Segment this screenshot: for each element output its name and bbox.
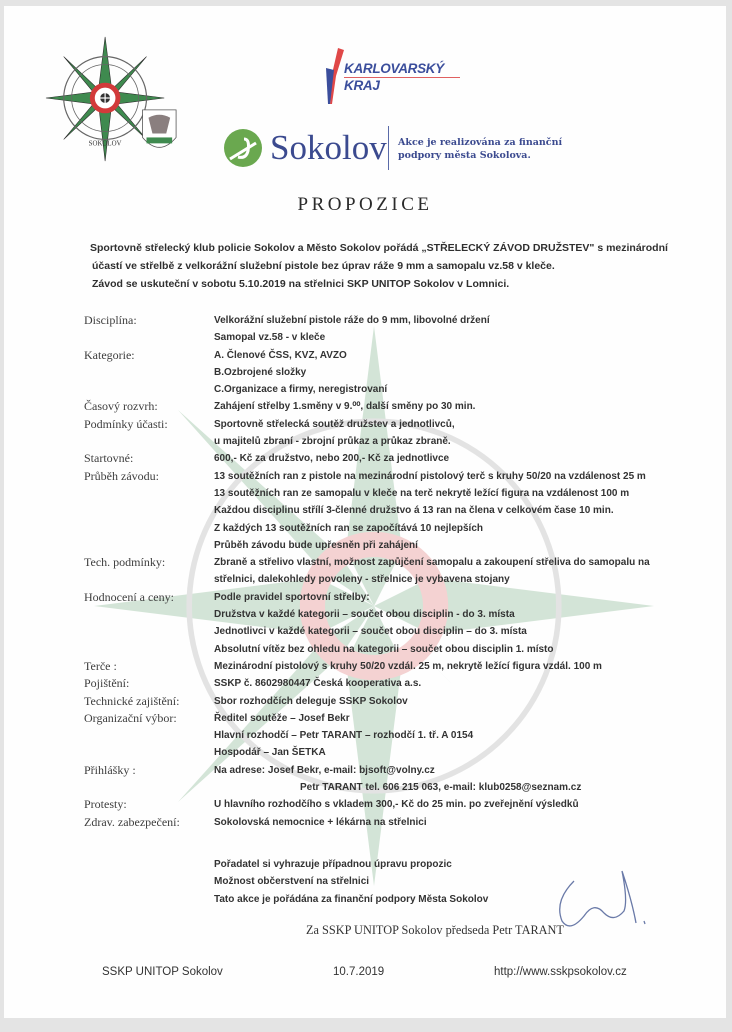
section-row: Startovné:600,- Kč za družstvo, nebo 200… bbox=[84, 450, 704, 467]
section-row: Časový rozvrh:Zahájení střelby 1.směny v… bbox=[84, 398, 704, 415]
region-logo-line1: KARLOVARSKÝ bbox=[344, 60, 444, 77]
section-values: 600,- Kč za družstvo, nebo 200,- Kč za j… bbox=[214, 450, 704, 467]
region-logo-line2: KRAJ bbox=[344, 77, 444, 94]
section-row: Terče :Mezinárodní pistolový s kruhy 50/… bbox=[84, 658, 704, 675]
section-value: Zahájení střelby 1.směny v 9.⁰⁰, další s… bbox=[214, 398, 704, 415]
footer-date: 10.7.2019 bbox=[333, 966, 384, 978]
section-value: Hlavní rozhodčí – Petr TARANT – rozhodčí… bbox=[214, 727, 704, 744]
propositions-list: Disciplína:Velkorážní služební pistole r… bbox=[84, 312, 704, 831]
section-label: Organizační výbor: bbox=[84, 710, 214, 762]
section-value: Samopal vz.58 - v kleče bbox=[214, 329, 704, 346]
section-label: Disciplína: bbox=[84, 312, 214, 347]
section-values: Velkorážní služební pistole ráže do 9 mm… bbox=[214, 312, 704, 347]
section-value: Mezinárodní pistolový s kruhy 50/20 vzdá… bbox=[214, 658, 704, 675]
section-label: Tech. podmínky: bbox=[84, 554, 214, 589]
section-label: Terče : bbox=[84, 658, 214, 675]
section-label: Startovné: bbox=[84, 450, 214, 467]
section-row: Podmínky účasti:Sportovně střelecká sout… bbox=[84, 416, 704, 451]
signature-line: Za SSKP UNITOP Sokolov předseda Petr TAR… bbox=[306, 923, 564, 938]
section-values: Sbor rozhodčích deleguje SSKP Sokolov bbox=[214, 693, 704, 710]
section-label: Hodnocení a ceny: bbox=[84, 589, 214, 658]
section-value: B.Ozbrojené složky bbox=[214, 364, 704, 381]
section-row: Pojištění:SSKP č. 8602980447 Česká koope… bbox=[84, 675, 704, 692]
section-values: Zbraně a střelivo vlastní, možnost zapůj… bbox=[214, 554, 704, 589]
section-value: Každou disciplinu střílí 3-členné družst… bbox=[214, 502, 704, 519]
intro-line: účastí ve střelbě z velkorážní služební … bbox=[90, 257, 668, 275]
section-value: 600,- Kč za družstvo, nebo 200,- Kč za j… bbox=[214, 450, 704, 467]
section-value: Zbraně a střelivo vlastní, možnost zapůj… bbox=[214, 554, 704, 571]
section-label: Technické zajištění: bbox=[84, 693, 214, 710]
section-values: SSKP č. 8602980447 Česká kooperativa a.s… bbox=[214, 675, 704, 692]
section-value: Jednotlivci v každé kategorii – součet o… bbox=[214, 623, 704, 640]
section-value: Hospodář – Jan ŠETKA bbox=[214, 744, 704, 761]
section-value: Na adrese: Josef Bekr, e-mail: bjsoft@vo… bbox=[214, 762, 704, 779]
closing-notes: Pořadatel si vyhrazuje případnou úpravu … bbox=[214, 856, 488, 908]
section-values: Ředitel soutěže – Josef BekrHlavní rozho… bbox=[214, 710, 704, 762]
section-label: Kategorie: bbox=[84, 347, 214, 399]
city-name: Sokolov bbox=[270, 128, 387, 168]
section-row: Průběh závodu:13 soutěžních ran z pistol… bbox=[84, 468, 704, 554]
section-value: U hlavního rozhodčího s vkladem 300,- Kč… bbox=[214, 796, 704, 813]
city-emblem-icon bbox=[224, 129, 262, 167]
club-logo: SOKOLOV bbox=[44, 34, 182, 164]
intro-paragraph: Sportovně střelecký klub policie Sokolov… bbox=[90, 239, 668, 293]
document-page: SOKOLOV KARLOVARSKÝ KRAJ Sokolov Akce je… bbox=[4, 6, 726, 1018]
section-row: Protesty:U hlavního rozhodčího s vkladem… bbox=[84, 796, 704, 813]
section-value: Sportovně střelecká soutěž družstev a je… bbox=[214, 416, 704, 433]
section-row: Technické zajištění:Sbor rozhodčích dele… bbox=[84, 693, 704, 710]
section-values: Podle pravidel sportovní střelby:Družstv… bbox=[214, 589, 704, 658]
section-value: u majitelů zbraní - zbrojní průkaz a prů… bbox=[214, 433, 704, 450]
section-value: Průběh závodu bude upřesněn při zahájení bbox=[214, 537, 704, 554]
section-row: Tech. podmínky:Zbraně a střelivo vlastní… bbox=[84, 554, 704, 589]
section-values: Sokolovská nemocnice + lékárna na střeln… bbox=[214, 814, 704, 831]
section-value: Petr TARANT tel. 606 215 063, e-mail: kl… bbox=[214, 779, 704, 796]
footer-website-link[interactable]: http://www.sskpsokolov.cz bbox=[494, 966, 627, 978]
section-value: 13 soutěžních ran z pistole na mezinárod… bbox=[214, 468, 704, 485]
section-label: Pojištění: bbox=[84, 675, 214, 692]
logo-divider bbox=[388, 126, 389, 170]
section-values: Sportovně střelecká soutěž družstev a je… bbox=[214, 416, 704, 451]
section-values: 13 soutěžních ran z pistole na mezinárod… bbox=[214, 468, 704, 554]
section-values: Mezinárodní pistolový s kruhy 50/20 vzdá… bbox=[214, 658, 704, 675]
section-values: U hlavního rozhodčího s vkladem 300,- Kč… bbox=[214, 796, 704, 813]
section-row: Zdrav. zabezpečení:Sokolovská nemocnice … bbox=[84, 814, 704, 831]
section-label: Zdrav. zabezpečení: bbox=[84, 814, 214, 831]
section-value: Podle pravidel sportovní střelby: bbox=[214, 589, 704, 606]
note-line: Pořadatel si vyhrazuje případnou úpravu … bbox=[214, 856, 488, 873]
intro-line: Sportovně střelecký klub policie Sokolov… bbox=[90, 239, 668, 257]
city-note-line2: podpory města Sokolova. bbox=[398, 149, 562, 162]
section-row: Kategorie:A. Členové ČSS, KVZ, AVZOB.Ozb… bbox=[84, 347, 704, 399]
section-label: Protesty: bbox=[84, 796, 214, 813]
section-value: Sbor rozhodčích deleguje SSKP Sokolov bbox=[214, 693, 704, 710]
intro-line: Závod se uskuteční v sobotu 5.10.2019 na… bbox=[90, 275, 668, 293]
section-values: Zahájení střelby 1.směny v 9.⁰⁰, další s… bbox=[214, 398, 704, 415]
section-row: Organizační výbor:Ředitel soutěže – Jose… bbox=[84, 710, 704, 762]
section-value: Družstva v každé kategorii – součet obou… bbox=[214, 606, 704, 623]
section-row: Disciplína:Velkorážní služební pistole r… bbox=[84, 312, 704, 347]
section-label: Podmínky účasti: bbox=[84, 416, 214, 451]
sokolov-city-logo: Sokolov Akce je realizována za finanční … bbox=[224, 126, 584, 170]
note-line: Možnost občerstvení na střelnici bbox=[214, 873, 488, 890]
section-label: Průběh závodu: bbox=[84, 468, 214, 554]
section-values: A. Členové ČSS, KVZ, AVZOB.Ozbrojené slo… bbox=[214, 347, 704, 399]
section-value: Ředitel soutěže – Josef Bekr bbox=[214, 710, 704, 727]
section-row: Hodnocení a ceny:Podle pravidel sportovn… bbox=[84, 589, 704, 658]
document-title: PROPOZICE bbox=[4, 194, 726, 216]
section-label: Časový rozvrh: bbox=[84, 398, 214, 415]
section-values: Na adrese: Josef Bekr, e-mail: bjsoft@vo… bbox=[214, 762, 704, 797]
section-label: Přihlášky : bbox=[84, 762, 214, 797]
footer-organization: SSKP UNITOP Sokolov bbox=[102, 966, 223, 978]
city-note-line1: Akce je realizována za finanční bbox=[398, 136, 562, 149]
section-value: Velkorážní služební pistole ráže do 9 mm… bbox=[214, 312, 704, 329]
section-value: C.Organizace a firmy, neregistrovaní bbox=[214, 381, 704, 398]
section-value: střelnici, dalekohledy povoleny - střeln… bbox=[214, 571, 704, 588]
section-row: Přihlášky :Na adrese: Josef Bekr, e-mail… bbox=[84, 762, 704, 797]
section-value: 13 soutěžních ran ze samopalu v kleče na… bbox=[214, 485, 704, 502]
karlovarsky-kraj-logo: KARLOVARSKÝ KRAJ bbox=[322, 46, 462, 108]
note-line: Tato akce je pořádána za finanční podpor… bbox=[214, 891, 488, 908]
section-value: SSKP č. 8602980447 Česká kooperativa a.s… bbox=[214, 675, 704, 692]
section-value: A. Členové ČSS, KVZ, AVZO bbox=[214, 347, 704, 364]
svg-text:SOKOLOV: SOKOLOV bbox=[89, 140, 122, 147]
section-value: Z každých 13 soutěžních ran se započítáv… bbox=[214, 520, 704, 537]
section-value: Absolutní vítěz bez ohledu na kategorii … bbox=[214, 641, 704, 658]
section-value: Sokolovská nemocnice + lékárna na střeln… bbox=[214, 814, 704, 831]
